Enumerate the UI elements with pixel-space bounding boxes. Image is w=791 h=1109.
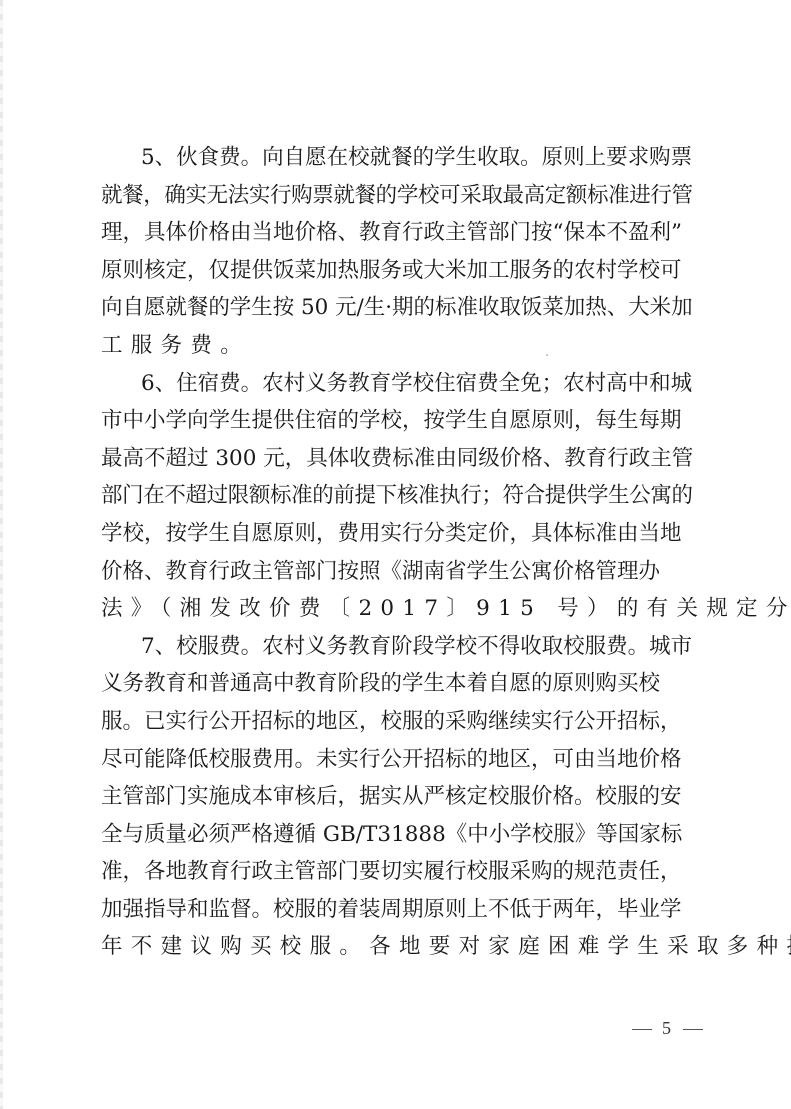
dash-right	[683, 1029, 703, 1030]
scan-edge	[0, 0, 3, 1109]
paragraph-7-line: 准，各地教育行政主管部门要切实履行校服采购的规范责任，	[101, 853, 693, 891]
paragraph-7-line: 义务教育和普通高中教育阶段的学生本着自愿的原则购买校	[101, 665, 693, 703]
paragraph-7-line: 尽可能降低校服费用。未实行公开招标的地区，可由当地价格	[101, 741, 693, 779]
paragraph-7-line: 主管部门实施成本审核后，据实从严核定校服价格。校服的安	[101, 778, 693, 816]
paragraph-5-line: 理，具体价格由当地价格、教育行政主管部门按“保本不盈利”	[101, 214, 693, 252]
dash-left	[632, 1029, 652, 1030]
paragraph-7-first-line: 7、校服费。农村义务教育阶段学校不得收取校服费。城市	[101, 628, 693, 666]
page-number: 5	[622, 1018, 713, 1039]
body-text: 5、伙食费。向自愿在校就餐的学生收取。原则上要求购票就餐，确实无法实行购票就餐的…	[101, 139, 693, 966]
paragraph-6-line: 价格、教育行政主管部门按照《湖南省学生公寓价格管理办	[101, 553, 693, 591]
paragraph-5-line: 工服务费。	[101, 327, 693, 365]
paragraph-5-line: 原则核定，仅提供饭菜加热服务或大米加工服务的农村学校可	[101, 252, 693, 290]
paragraph-6-line: 部门在不超过限额标准的前提下核准执行；符合提供学生公寓的	[101, 477, 693, 515]
paragraph-5-line: 就餐，确实无法实行购票就餐的学校可采取最高定额标准进行管	[101, 177, 693, 215]
document-page: 5、伙食费。向自愿在校就餐的学生收取。原则上要求购票就餐，确实无法实行购票就餐的…	[0, 0, 791, 1109]
paragraph-6-line: 法》（湘发改价费〔2017〕915 号）的有关规定分学校审定。	[101, 590, 693, 628]
paragraph-6-line: 市中小学向学生提供住宿的学校，按学生自愿原则，每生每期	[101, 402, 693, 440]
paragraph-6-line: 最高不超过 300 元，具体收费标准由同级价格、教育行政主管	[101, 440, 693, 478]
paragraph-7-line: 全与质量必须严格遵循 GB/T31888《中小学校服》等国家标	[101, 816, 693, 854]
paragraph-5-first-line: 5、伙食费。向自愿在校就餐的学生收取。原则上要求购票	[101, 139, 693, 177]
paragraph-6-line: 学校，按学生自愿原则，费用实行分类定价，具体标准由当地	[101, 515, 693, 553]
page-number-value: 5	[662, 1018, 673, 1038]
scan-speck	[546, 354, 548, 356]
paragraph-6-first-line: 6、住宿费。农村义务教育学校住宿费全免；农村高中和城	[101, 365, 693, 403]
paragraph-7-line: 服。已实行公开招标的地区，校服的采购继续实行公开招标，	[101, 703, 693, 741]
paragraph-5-line: 向自愿就餐的学生按 50 元/生·期的标准收取饭菜加热、大米加	[101, 289, 693, 327]
paragraph-7-line: 年不建议购买校服。各地要对家庭困难学生采取多种措施无偿	[101, 928, 693, 966]
paragraph-7-line: 加强指导和监督。校服的着装周期原则上不低于两年，毕业学	[101, 891, 693, 929]
